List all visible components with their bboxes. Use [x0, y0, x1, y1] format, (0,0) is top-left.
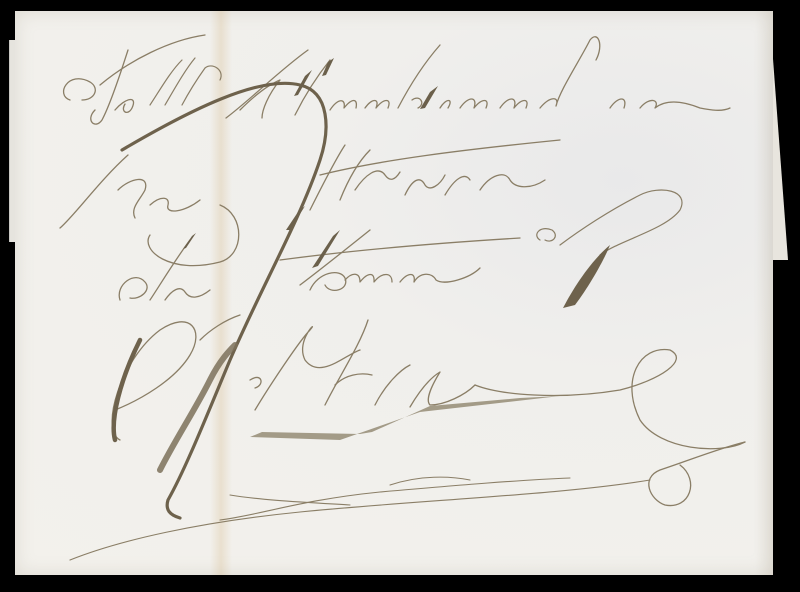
script-word-alucksander: [226, 37, 730, 118]
script-flourish: [70, 477, 650, 560]
handwritten-address: [0, 0, 800, 592]
script-word-to: [64, 35, 205, 124]
postal-rate-mark-large: [114, 83, 326, 518]
script-word-re: [60, 155, 239, 266]
script-word-town: [280, 230, 520, 290]
script-word-writer: [310, 140, 560, 210]
script-word-of: [537, 190, 682, 255]
script-word-clerk: [119, 240, 210, 300]
postal-rate-mark-small: [563, 245, 610, 308]
script-word-mr: [150, 58, 221, 105]
